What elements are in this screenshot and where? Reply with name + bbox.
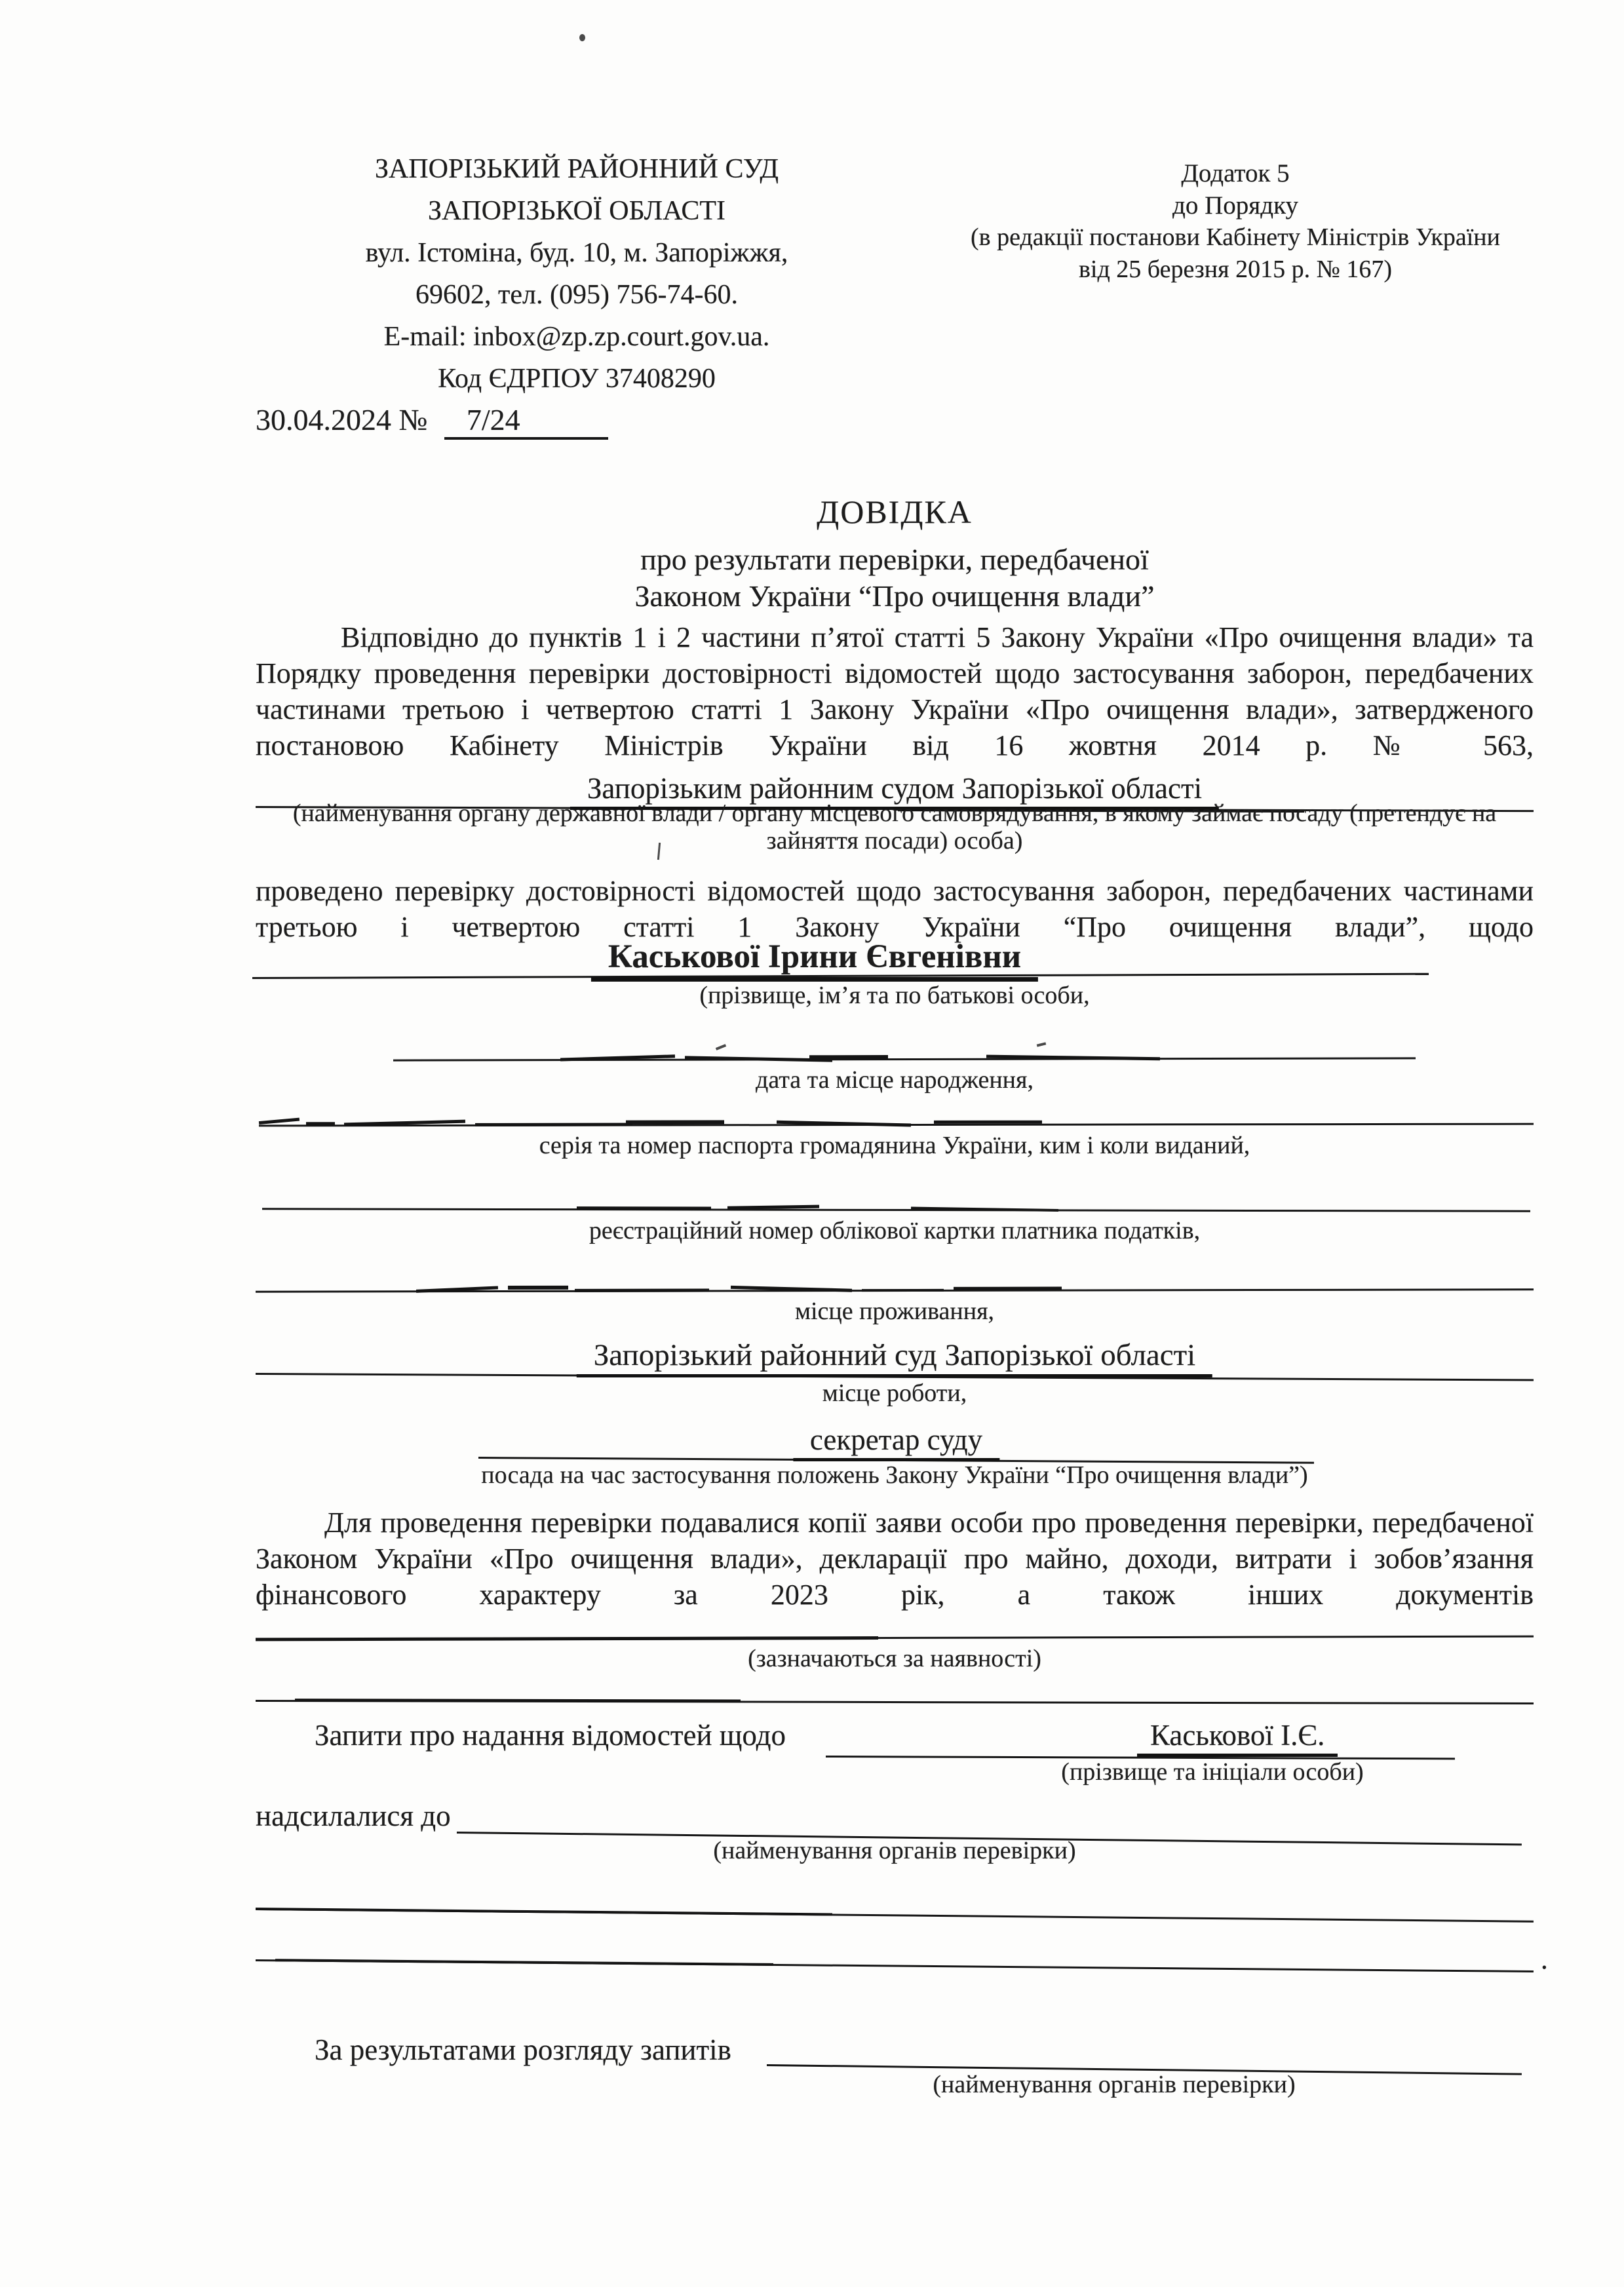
documents-note-caption: (зазначаються за наявності) xyxy=(256,1645,1534,1672)
court-street: вул. Істоміна, буд. 10, м. Запоріжжя, xyxy=(282,232,872,274)
scan-stroke xyxy=(416,1286,498,1292)
scan-stroke xyxy=(256,1636,878,1641)
doc-date-number: 30.04.2024 № 7/24 xyxy=(256,402,608,440)
scan-tick xyxy=(1037,1042,1047,1047)
requests-value: Каськової І.Є. xyxy=(1137,1718,1338,1757)
passport-caption: серія та номер паспорта громадянина Укра… xyxy=(256,1132,1534,1159)
annex-number: Додаток 5 xyxy=(944,157,1527,189)
person-caption: (прізвище, ім’я та по батькові особи, xyxy=(256,982,1534,1009)
title-subtitle-1: про результати перевірки, передбаченої xyxy=(256,541,1534,578)
scan-stroke xyxy=(727,1205,819,1210)
scan-stroke xyxy=(626,1120,724,1124)
authority-caption: (найменування органу державної влади / о… xyxy=(256,799,1534,855)
scan-stroke xyxy=(862,1289,944,1292)
authority-caption-line2: зайняття посади) особа) xyxy=(256,827,1534,855)
requests-label: Запити про надання відомостей щодо xyxy=(315,1719,786,1752)
blank-line-1 xyxy=(256,1700,1534,1704)
scan-stroke xyxy=(954,1287,1062,1290)
doc-number-field: 7/24 xyxy=(444,402,608,440)
annex-edition: (в редакції постанови Кабінету Міністрів… xyxy=(944,221,1527,254)
position-value: секретар суду xyxy=(793,1423,999,1461)
residence-caption: місце проживання, xyxy=(256,1297,1534,1325)
scan-stroke xyxy=(560,1054,675,1061)
workplace-field: Запорізький районний суд Запорізької обл… xyxy=(256,1338,1534,1375)
annex-to-order: до Порядку xyxy=(944,189,1527,221)
person-field: Каськової Ірини Євгенівни xyxy=(252,936,1530,979)
annex-block: Додаток 5 до Порядку (в редакції постано… xyxy=(944,157,1527,286)
authority-caption-line1: (найменування органу державної влади / о… xyxy=(256,799,1534,827)
doc-number: 7/24 xyxy=(444,402,520,437)
requests-caption: (прізвище та ініціали особи) xyxy=(963,1758,1461,1786)
scan-stroke xyxy=(344,1120,465,1126)
birth-caption: дата та місце народження, xyxy=(256,1066,1534,1094)
birth-underline xyxy=(393,1057,1416,1061)
sent-to-caption: (найменування органів перевірки) xyxy=(256,1837,1534,1864)
doc-title: ДОВІДКА про результати перевірки, передб… xyxy=(256,493,1534,615)
scan-stroke xyxy=(809,1055,888,1059)
scan-stroke xyxy=(475,1123,632,1126)
sender-address-block: ЗАПОРІЗЬКИЙ РАЙОННИЙ СУД ЗАПОРІЗЬКОЇ ОБЛ… xyxy=(282,148,872,400)
passport-underline xyxy=(259,1123,1534,1127)
position-field: секретар суду xyxy=(478,1423,1314,1459)
results-row: За результатами розгляду запитів xyxy=(315,2033,1534,2071)
paragraph-intro: Відповідно до пунктів 1 і 2 частини п’ят… xyxy=(256,619,1534,763)
court-email: E-mail: inbox@zp.zp.court.gov.ua. xyxy=(282,316,872,358)
scan-stroke xyxy=(256,1908,832,1915)
scan-tick xyxy=(716,1044,726,1050)
annex-date-number: від 25 березня 2015 р. № 167) xyxy=(944,254,1527,286)
paragraph-checked: проведено перевірку достовірності відомо… xyxy=(256,873,1534,945)
sent-to-row: надсилалися до xyxy=(256,1799,1534,1837)
line-end-period: . xyxy=(1541,1942,1549,1976)
scan-stroke xyxy=(275,1959,773,1966)
scan-speck xyxy=(579,34,585,41)
results-caption: (найменування органів перевірки) xyxy=(845,2071,1383,2098)
scan-stroke xyxy=(306,1122,335,1125)
scan-stroke xyxy=(934,1121,1042,1124)
court-edrpou: Код ЄДРПОУ 37408290 xyxy=(282,358,872,400)
title-subtitle-2: Законом України “Про очищення влади” xyxy=(256,578,1534,615)
doc-number-sign: № xyxy=(399,403,428,436)
title-dovidka: ДОВІДКА xyxy=(256,493,1534,531)
scan-stroke xyxy=(508,1286,568,1290)
tax-id-caption: реєстраційний номер облікової картки пла… xyxy=(256,1217,1534,1244)
doc-date: 30.04.2024 xyxy=(256,403,391,436)
scan-stroke xyxy=(575,1288,709,1292)
documents-underline xyxy=(256,1636,1534,1641)
workplace-caption: місце роботи, xyxy=(256,1379,1534,1407)
document-page: ЗАПОРІЗЬКИЙ РАЙОННИЙ СУД ЗАПОРІЗЬКОЇ ОБЛ… xyxy=(0,0,1624,2287)
court-zip-phone: 69602, тел. (095) 756-74-60. xyxy=(282,274,872,316)
court-name-line2: ЗАПОРІЗЬКОЇ ОБЛАСТІ xyxy=(282,190,872,232)
workplace-value: Запорізький районний суд Запорізької обл… xyxy=(577,1337,1212,1377)
scan-stroke xyxy=(911,1206,1058,1212)
residence-underline xyxy=(256,1288,1534,1292)
person-value: Каськової Ірини Євгенівни xyxy=(591,938,1038,982)
blank-line-3: . xyxy=(256,1959,1534,1972)
paragraph-documents: Для проведення перевірки подавалися копі… xyxy=(256,1505,1534,1613)
position-caption: посада на час застосування положень Зако… xyxy=(256,1461,1534,1489)
scan-stroke xyxy=(777,1121,911,1127)
blank-line-2 xyxy=(256,1908,1534,1923)
results-label: За результатами розгляду запитів xyxy=(315,2033,731,2066)
scan-stroke xyxy=(577,1206,711,1210)
scan-stroke xyxy=(295,1699,741,1702)
court-name-line1: ЗАПОРІЗЬКИЙ РАЙОННИЙ СУД xyxy=(282,148,872,190)
sent-to-label: надсилалися до xyxy=(256,1799,451,1832)
tax-id-underline xyxy=(262,1208,1530,1212)
scan-stroke xyxy=(259,1118,300,1124)
scan-stroke xyxy=(986,1055,1160,1061)
requests-row: Запити про надання відомостей щодо Каськ… xyxy=(315,1718,1534,1758)
scan-stroke xyxy=(731,1286,852,1292)
